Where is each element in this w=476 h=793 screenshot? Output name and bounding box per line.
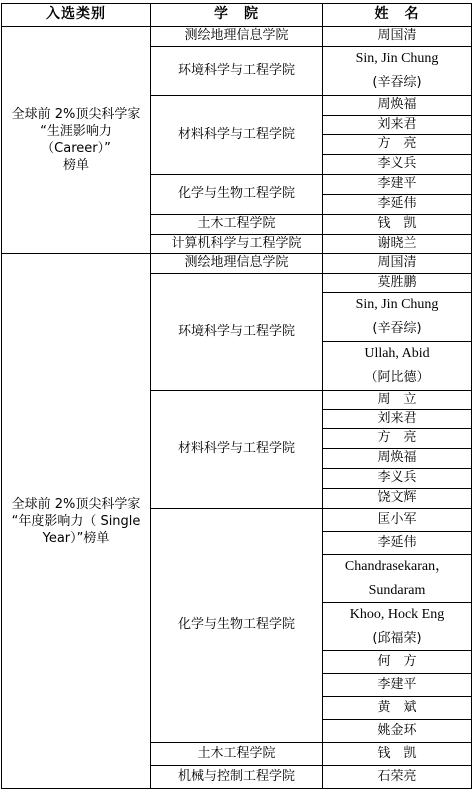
person-cell: 周国清	[322, 26, 472, 47]
person-cell: 刘来君	[322, 409, 472, 429]
college-cell: 化学与生物工程学院	[150, 174, 323, 215]
scientist-list-table: 入选类别 学 院 姓 名 全球前 2%顶尖科学家 “生涯影响力（Career）”…	[1, 3, 472, 789]
person-cell: Sin, Jin Chung (辛昋综)	[322, 46, 472, 96]
college-cell: 环境科学与工程学院	[150, 273, 323, 391]
person-cell: 李延伟	[322, 531, 472, 555]
person-cell: 周焕福	[322, 95, 472, 116]
person-cell: Sin, Jin Chung (辛昋综)	[322, 292, 472, 342]
college-cell: 材料科学与工程学院	[150, 390, 323, 509]
person-cell: 饶文辉	[322, 488, 472, 509]
person-cell: 周焕福	[322, 448, 472, 469]
person-chinese-name: (辛昋综)	[372, 71, 421, 95]
person-cell: 周 立	[322, 390, 472, 410]
person-latin-name: Khoo, Hock Eng	[350, 603, 445, 627]
college-cell: 土木工程学院	[150, 742, 323, 766]
person-chinese-name: (邱福荣)	[372, 627, 421, 651]
person-cell: 姚金环	[322, 719, 472, 743]
person-cell: 李延伟	[322, 194, 472, 215]
person-cell: 刘来君	[322, 115, 472, 135]
person-cell: 李义兵	[322, 468, 472, 489]
person-cell: 何 方	[322, 650, 472, 674]
person-latin-name: Sin, Jin Chung	[356, 293, 439, 317]
person-cell: 周国清	[322, 253, 472, 274]
person-cell: 李建平	[322, 673, 472, 697]
person-cell: 钱 凯	[322, 742, 472, 766]
category-line: 全球前 2%顶尖科学家	[12, 106, 141, 123]
college-cell: 机械与控制工程学院	[150, 765, 323, 789]
person-latin-name: Sin, Jin Chung	[356, 47, 439, 71]
category-line: 榜单	[63, 157, 89, 174]
category-line: “年度影响力（ Single	[12, 513, 141, 530]
college-cell: 材料科学与工程学院	[150, 95, 323, 175]
person-cell: 黄 斌	[322, 696, 472, 720]
person-latin-name: Ullah, Abid	[364, 342, 429, 366]
person-cell: Khoo, Hock Eng (邱福荣)	[322, 602, 472, 651]
college-cell: 环境科学与工程学院	[150, 46, 323, 96]
person-latin-name: Chandrasekaran，	[345, 555, 449, 579]
person-cell: Ullah, Abid （阿比德）	[322, 341, 472, 391]
person-cell: 方 亮	[322, 428, 472, 449]
header-category: 入选类别	[1, 3, 151, 27]
person-cell: 钱 凯	[322, 214, 472, 235]
category-single-year: 全球前 2%顶尖科学家 “年度影响力（ Single Year）”榜单	[1, 253, 151, 789]
person-chinese-name: （阿比德）	[364, 366, 429, 390]
category-line: 全球前 2%顶尖科学家	[12, 496, 141, 513]
person-cell: 方 亮	[322, 134, 472, 155]
college-cell: 测绘地理信息学院	[150, 253, 323, 274]
person-cell: Chandrasekaran， Sundaram	[322, 554, 472, 603]
person-cell: 谢晓兰	[322, 234, 472, 254]
person-cell: 匡小军	[322, 508, 472, 532]
person-cell: 石荣亮	[322, 765, 472, 789]
person-chinese-name: (辛昋综)	[372, 317, 421, 341]
college-cell: 化学与生物工程学院	[150, 508, 323, 743]
category-career: 全球前 2%顶尖科学家 “生涯影响力（Career）” 榜单	[1, 26, 151, 254]
category-line: “生涯影响力（Career）”	[6, 123, 146, 157]
college-cell: 测绘地理信息学院	[150, 26, 323, 47]
college-cell: 计算机科学与工程学院	[150, 234, 323, 254]
header-name: 姓 名	[322, 3, 472, 27]
person-cell: 莫胜鹏	[322, 273, 472, 293]
person-cell: 李建平	[322, 174, 472, 195]
person-cell: 李义兵	[322, 154, 472, 175]
category-line: Year）”榜单	[43, 530, 110, 547]
header-college: 学 院	[150, 3, 323, 27]
person-latin-name: Sundaram	[369, 579, 426, 603]
college-cell: 土木工程学院	[150, 214, 323, 235]
